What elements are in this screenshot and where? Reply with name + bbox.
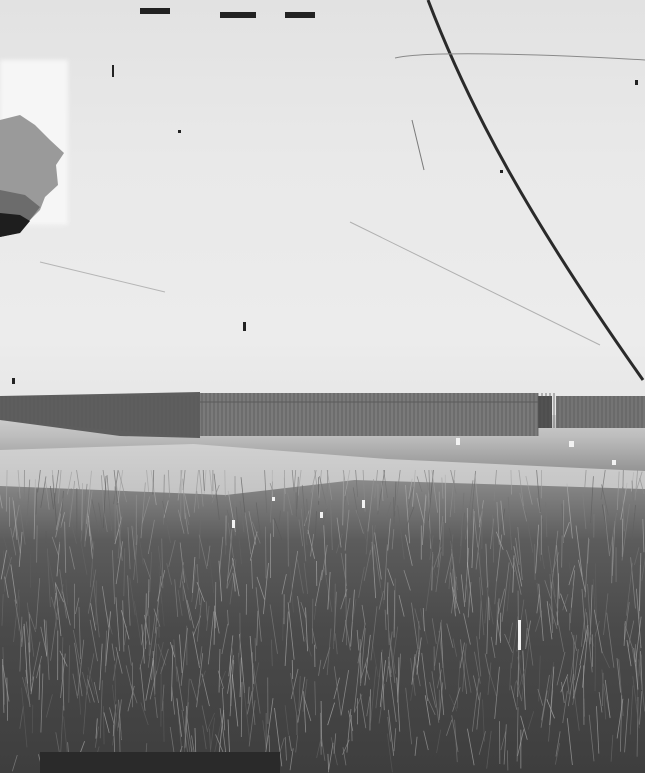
photograph: Historical black-and-white photograph of… [0,0,645,773]
tall-grass [0,470,645,773]
film-border-damage [40,752,280,773]
emulsion-damage [0,115,70,240]
sky [0,0,645,400]
stockade-fence [0,388,645,443]
